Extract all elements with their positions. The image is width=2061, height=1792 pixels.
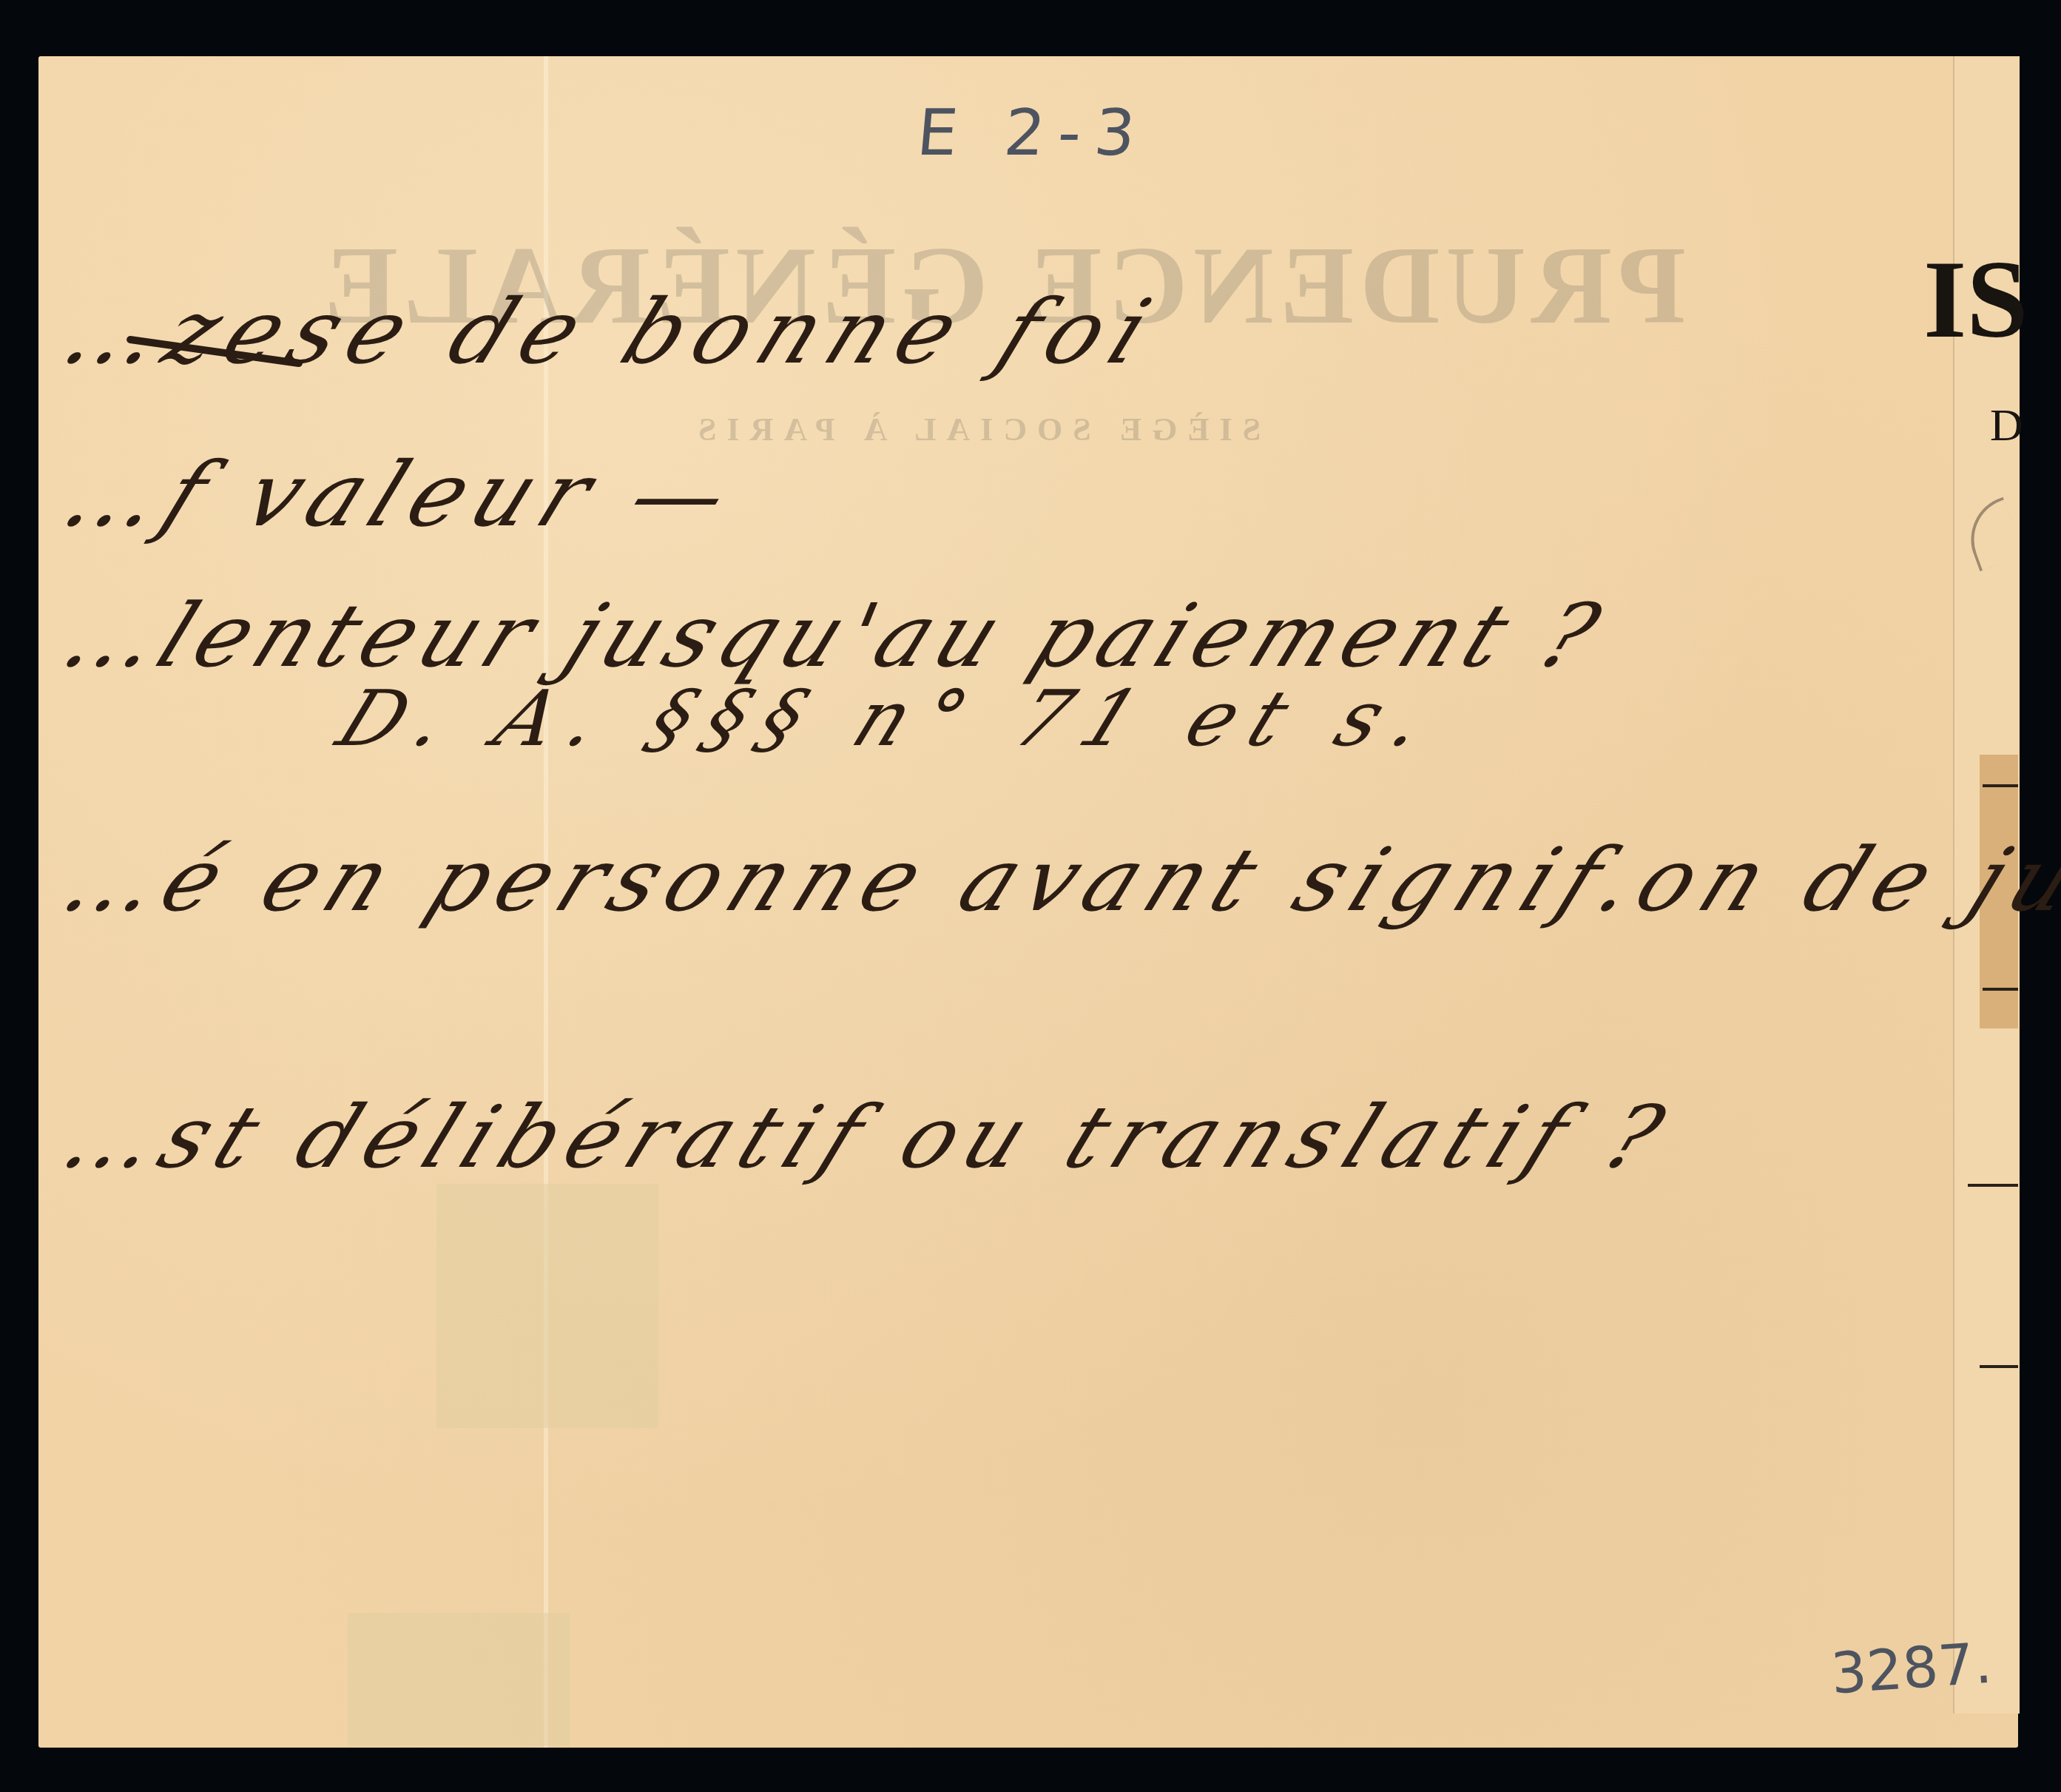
printed-rule xyxy=(1983,784,2018,787)
printed-rule xyxy=(1983,988,2018,991)
pencil-number-bottom: 3287. xyxy=(1829,1630,1994,1707)
printed-letters-is: IS xyxy=(1923,244,2028,355)
tape-residue xyxy=(348,1613,570,1746)
handwritten-line-2: …f valeur — xyxy=(49,444,755,547)
show-through-subtitle: SIÈGE SOCIAL À PARIS xyxy=(688,411,1261,448)
handwritten-line-5: …é en personne avant signif.on de jugt. … xyxy=(49,829,2061,931)
handwritten-line-1: …zese de bonne foi xyxy=(49,281,1175,384)
printed-letter-d: D xyxy=(1990,400,2023,452)
printed-rule xyxy=(1968,1184,2018,1187)
handwritten-line-3: …lenteur jusqu'au paiement ? xyxy=(49,585,1621,687)
tape-residue xyxy=(436,1184,658,1428)
printed-rule xyxy=(1980,1365,2018,1368)
pencil-reference-top: E 2-3 xyxy=(914,96,1152,170)
handwritten-line-6: …st délibératif ou translatif ? xyxy=(49,1088,1687,1188)
handwritten-line-4: D. A. §§§ n° 71 et s. xyxy=(325,673,1456,764)
